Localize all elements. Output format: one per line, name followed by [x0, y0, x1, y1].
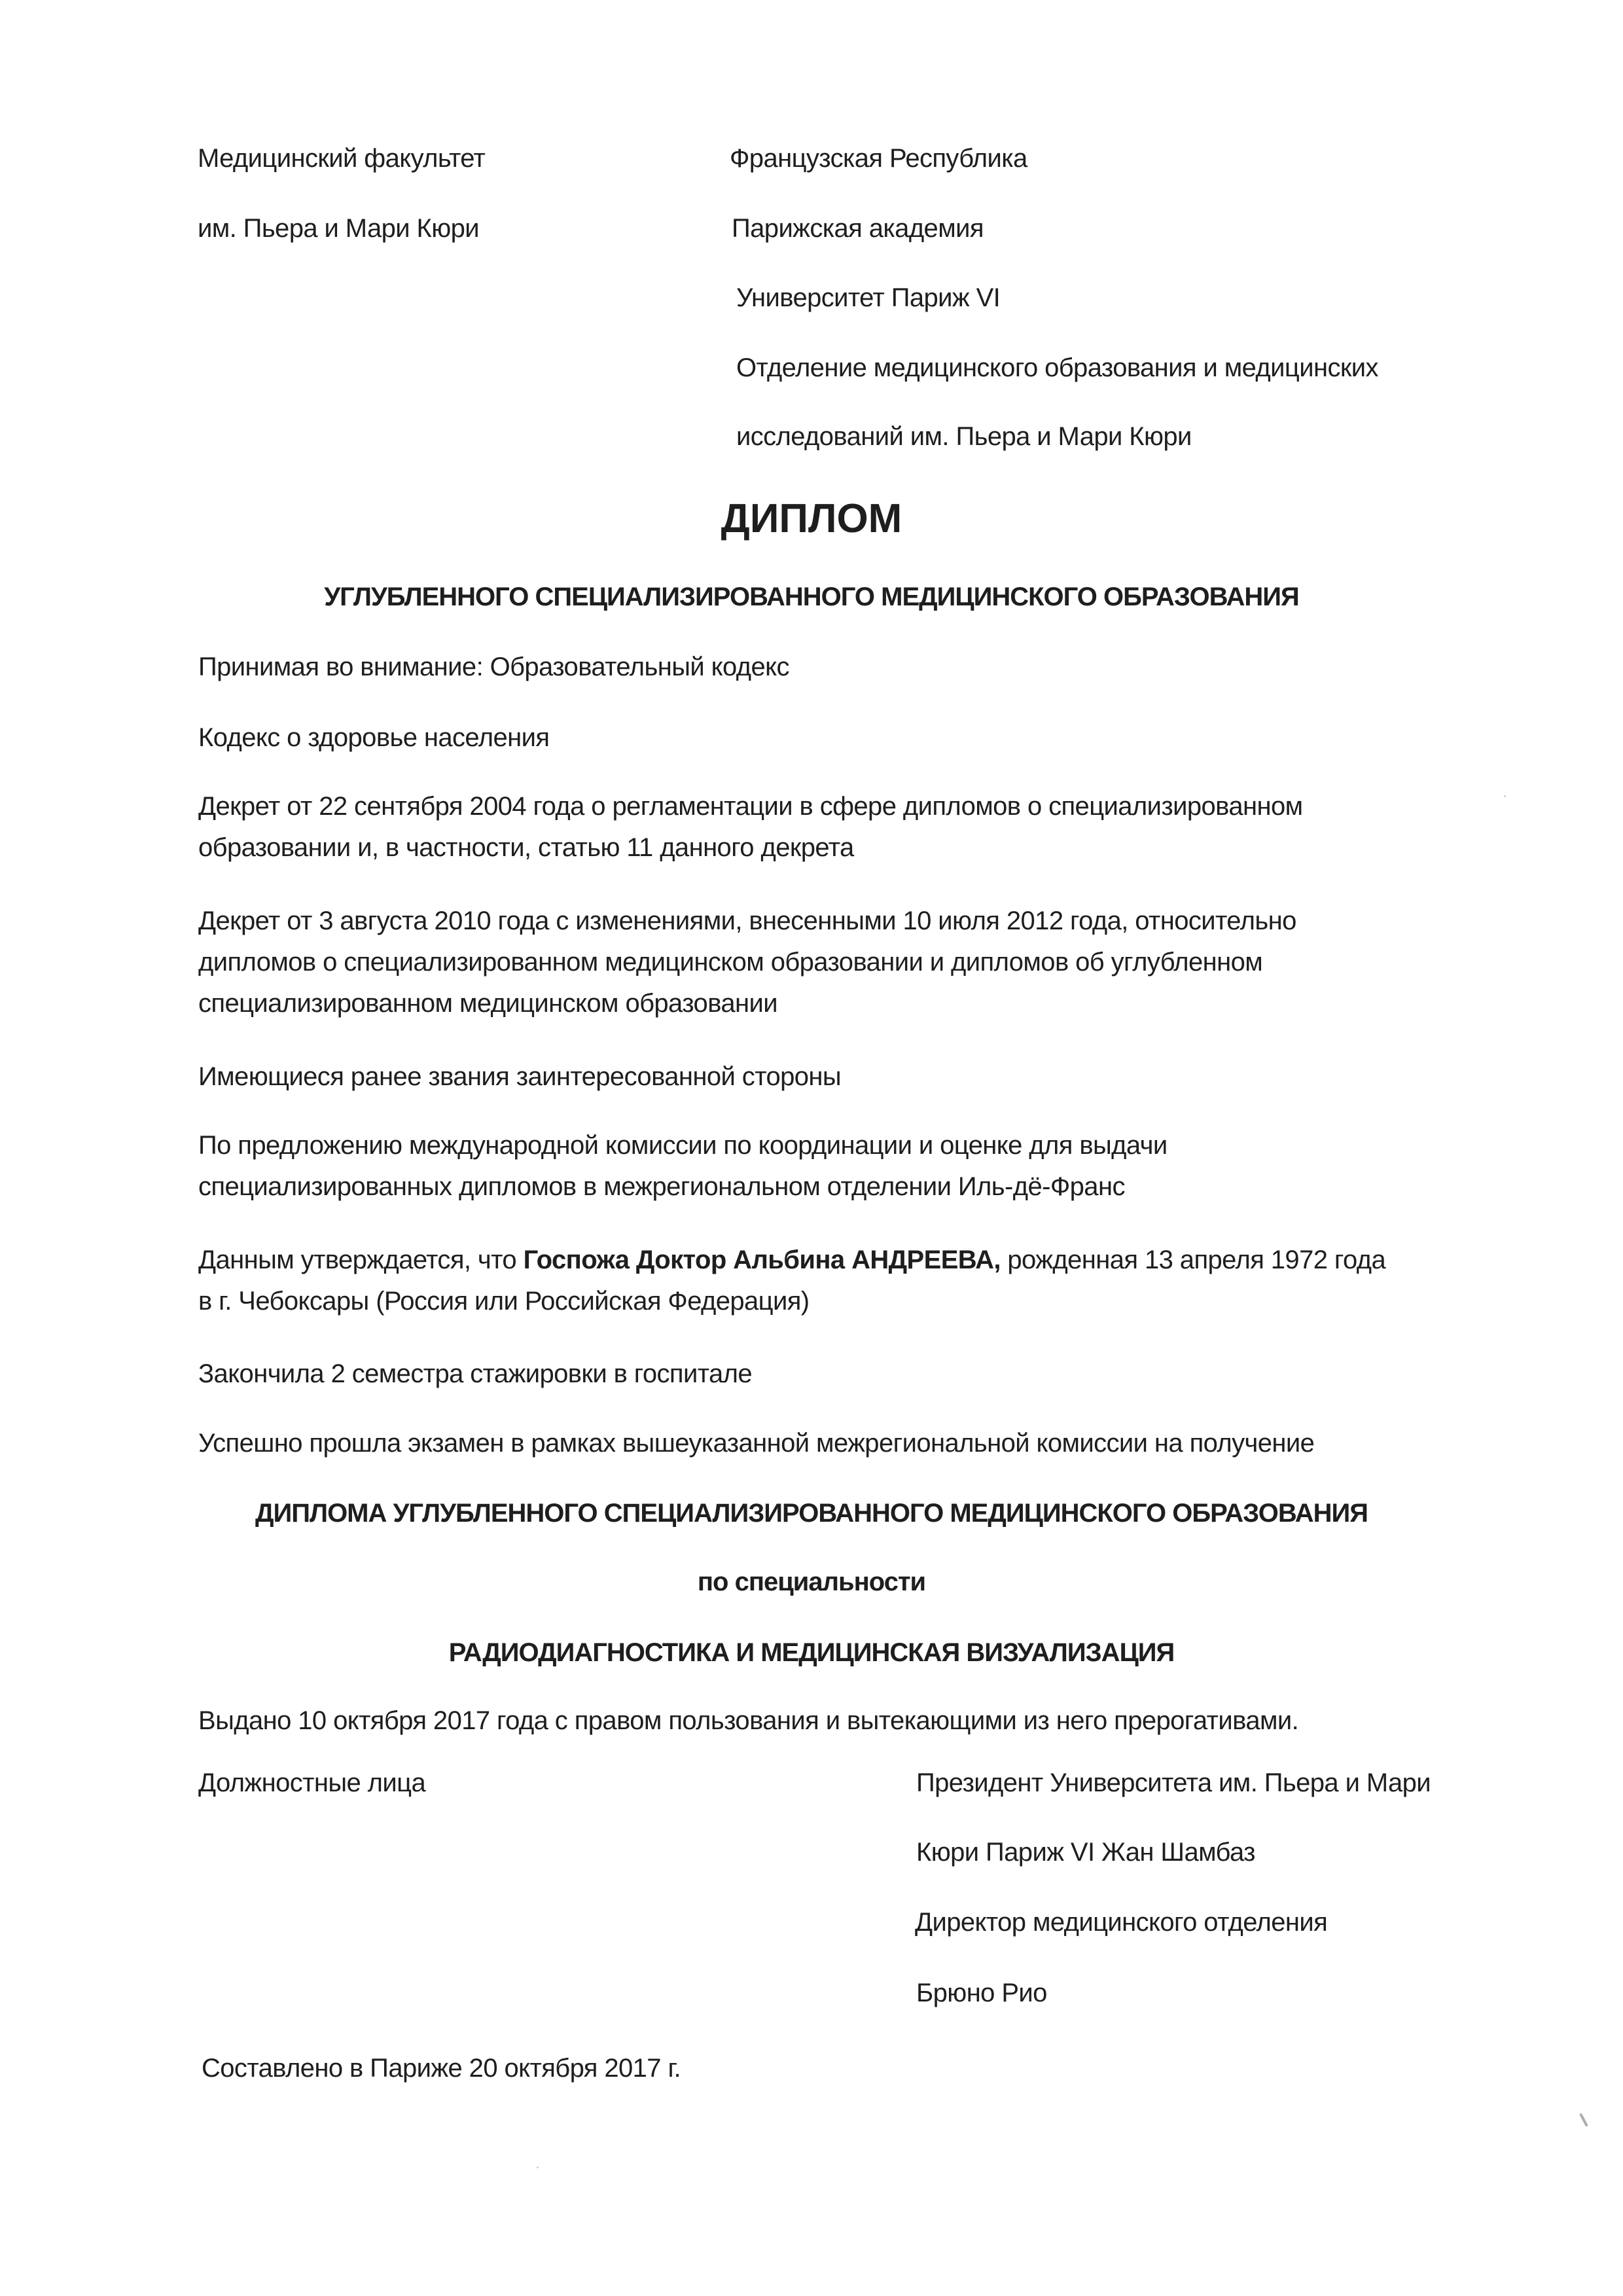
prior-titles: Имеющиеся ранее звания заинтересованной … [198, 1064, 841, 1090]
country-name: Французская Республика [730, 145, 1027, 171]
decree-2004-line-2: образовании и, в частности, статью 11 да… [198, 834, 854, 861]
place-and-date: Составлено в Париже 20 октября 2017 г. [202, 2055, 681, 2081]
considering-education-code: Принимая во внимание: Образовательный ко… [198, 654, 789, 680]
decree-2010-line-3: специализированном медицинском образован… [198, 990, 777, 1016]
decree-2010-line-1: Декрет от 3 августа 2010 года с изменени… [198, 908, 1296, 934]
internship-statement: Закончила 2 семестра стажировки в госпит… [198, 1361, 752, 1387]
issued-statement: Выдано 10 октября 2017 года с правом пол… [198, 1708, 1298, 1734]
certification-line-1: Данным утверждается, что Госпожа Доктор … [198, 1247, 1385, 1273]
department-line-1: Отделение медицинского образования и мед… [736, 355, 1378, 381]
university-name: Университет Париж VI [736, 285, 1000, 311]
diploma-type: ДИПЛОМА УГЛУБЛЕННОГО СПЕЦИАЛИЗИРОВАННОГО… [0, 1500, 1623, 1526]
proposal-line-2: специализированных дипломов в межрегиона… [198, 1174, 1125, 1200]
by-specialty-label: по специальности [0, 1569, 1623, 1595]
holder-name: Госпожа Доктор Альбина АНДРЕЕВА, [524, 1246, 1001, 1274]
certification-birth: рожденная 13 апреля 1972 года [1001, 1246, 1385, 1274]
birthplace: в г. Чебоксары (Россия или Российская Фе… [198, 1288, 810, 1314]
signatory-director-title: Директор медицинского отделения [915, 1909, 1327, 1935]
scan-mark [1579, 2113, 1588, 2126]
certification-prefix: Данным утверждается, что [198, 1246, 524, 1274]
signatory-president-line-1: Президент Университета им. Пьера и Мари [916, 1770, 1431, 1796]
decree-2010-line-2: дипломов о специализированном медицинско… [198, 949, 1262, 975]
document-subtitle: УГЛУБЛЕННОГО СПЕЦИАЛИЗИРОВАННОГО МЕДИЦИН… [0, 584, 1623, 610]
department-line-2: исследований им. Пьера и Мари Кюри [736, 423, 1192, 450]
considering-health-code: Кодекс о здоровье населения [198, 725, 549, 751]
academy-name: Парижская академия [732, 215, 984, 242]
specialty-name: РАДИОДИАГНОСТИКА И МЕДИЦИНСКАЯ ВИЗУАЛИЗА… [0, 1640, 1623, 1666]
exam-statement: Успешно прошла экзамен в рамках вышеуказ… [198, 1430, 1314, 1456]
faculty-namesake: им. Пьера и Мари Кюри [198, 215, 479, 242]
officials-label: Должностные лица [198, 1770, 425, 1796]
scan-speck [537, 2166, 539, 2168]
faculty-name: Медицинский факультет [198, 145, 485, 171]
signatory-president-line-2: Кюри Париж VI Жан Шамбаз [916, 1839, 1255, 1865]
proposal-line-1: По предложению международной комиссии по… [198, 1132, 1168, 1158]
signatory-director-name: Брюно Рио [916, 1980, 1047, 2006]
decree-2004-line-1: Декрет от 22 сентября 2004 года о реглам… [198, 793, 1303, 819]
scan-speck [1504, 795, 1506, 797]
document-title: ДИПЛОМ [0, 499, 1623, 539]
